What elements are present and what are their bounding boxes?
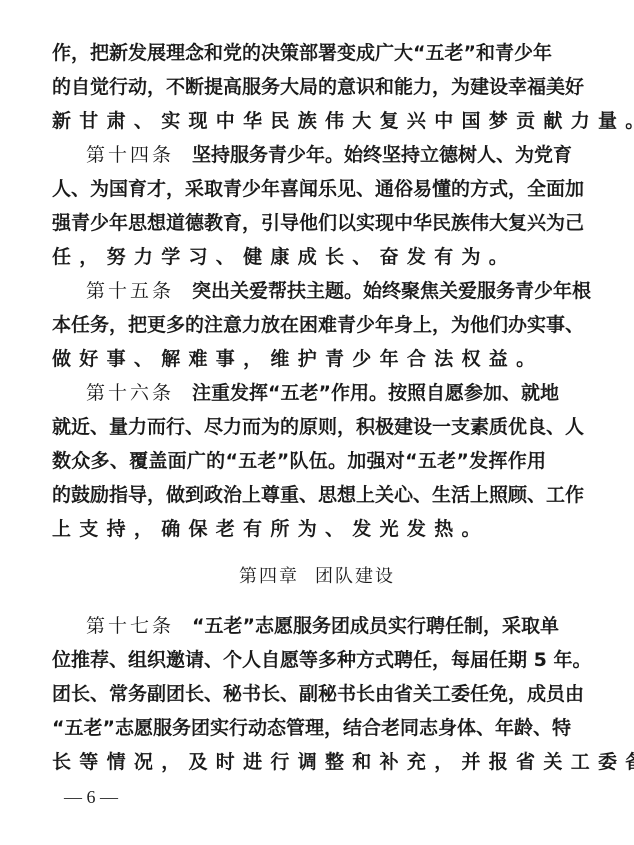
article-14-first-line: 第十四条坚持服务青少年。始终坚持立德树人、为党育 <box>86 140 546 170</box>
paragraph-line: 长等情况，及时进行调整和补充，并报省关工委备案。 <box>52 747 546 777</box>
paragraph-line: 强青少年思想道德教育，引导他们以实现中华民族伟大复兴为己 <box>52 208 546 238</box>
article-label: 第十七条 <box>86 615 174 637</box>
paragraph-line: 的自觉行动，不断提高服务大局的意识和能力，为建设幸福美好 <box>52 72 546 102</box>
paragraph-line: 数众多、覆盖面广的“五老”队伍。加强对“五老”发挥作用 <box>52 446 546 476</box>
paragraph-line: 团长、常务副团长、秘书长、副秘书长由省关工委任免，成员由 <box>52 679 546 709</box>
paragraph-line: 作，把新发展理念和党的决策部署变成广大“五老”和青少年 <box>52 38 546 68</box>
article-heading-text: 坚持服务青少年。始终坚持立德树人、为党育 <box>192 144 572 166</box>
article-label: 第十六条 <box>86 382 174 404</box>
paragraph-line: 新甘肃、实现中华民族伟大复兴中国梦贡献力量。 <box>52 106 546 136</box>
article-17-first-line: 第十七条“五老”志愿服务团成员实行聘任制，采取单 <box>86 611 546 641</box>
article-16-first-line: 第十六条注重发挥“五老”作用。按照自愿参加、就地 <box>86 378 546 408</box>
chapter-number: 第四章 <box>239 566 299 587</box>
paragraph-line: 就近、量力而行、尽力而为的原则，积极建设一支素质优良、人 <box>52 412 546 442</box>
page-number: — 6 — <box>64 785 118 809</box>
paragraph-line: 做好事、解难事，维护青少年合法权益。 <box>52 344 546 374</box>
article-heading-text: 注重发挥“五老”作用。按照自愿参加、就地 <box>192 382 559 404</box>
paragraph-line: 人、为国育才，采取青少年喜闻乐见、通俗易懂的方式，全面加 <box>52 174 546 204</box>
article-label: 第十五条 <box>86 280 174 302</box>
paragraph-line: 的鼓励指导，做到政治上尊重、思想上关心、生活上照顾、工作 <box>52 480 546 510</box>
article-heading-text: “五老”志愿服务团成员实行聘任制，采取单 <box>192 615 559 637</box>
document-page: 作，把新发展理念和党的决策部署变成广大“五老”和青少年 的自觉行动，不断提高服务… <box>0 0 634 845</box>
paragraph-line: 任，努力学习、健康成长、奋发有为。 <box>52 242 546 272</box>
article-15-first-line: 第十五条突出关爱帮扶主题。始终聚焦关爱服务青少年根 <box>86 276 546 306</box>
article-label: 第十四条 <box>86 144 174 166</box>
paragraph-line: 位推荐、组织邀请、个人自愿等多种方式聘任，每届任期 5 年。 <box>52 645 546 675</box>
paragraph-line: 本任务，把更多的注意力放在困难青少年身上，为他们办实事、 <box>52 310 546 340</box>
chapter-title: 团队建设 <box>315 566 395 587</box>
article-heading-text: 突出关爱帮扶主题。始终聚焦关爱服务青少年根 <box>192 280 591 302</box>
paragraph-line: 上支持，确保老有所为、发光发热。 <box>52 514 546 544</box>
paragraph-line: “五老”志愿服务团实行动态管理，结合老同志身体、年龄、特 <box>52 713 546 743</box>
chapter-heading: 第四章团队建设 <box>0 562 634 592</box>
